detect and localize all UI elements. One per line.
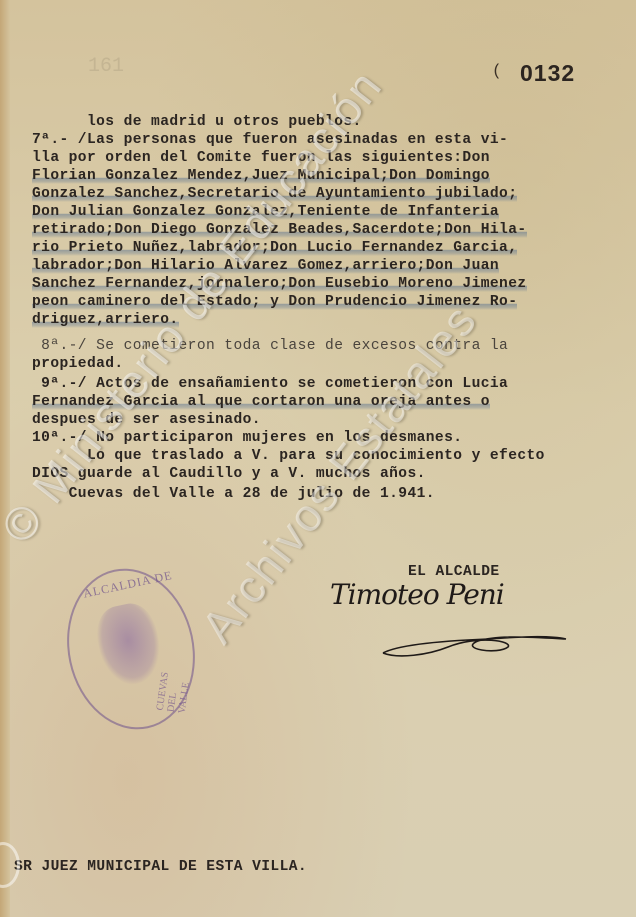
document-page: 161 ( 0132 los de madrid u otros pueblos… bbox=[0, 0, 636, 917]
document-line: Sanchez Fernandez,jornalero;Don Eusebio … bbox=[32, 275, 527, 293]
document-line: lla por orden del Comite fueron las sigu… bbox=[32, 149, 490, 167]
signature: Timoteo Peni bbox=[330, 578, 504, 611]
folio-number: 0132 bbox=[520, 60, 575, 87]
document-line: labrador;Don Hilario Alvarez Gomez,arrie… bbox=[32, 257, 499, 275]
faint-page-number: 161 bbox=[88, 55, 124, 78]
signature-rubric-icon bbox=[378, 625, 578, 665]
document-line: Cuevas del Valle a 28 de julio de 1.941. bbox=[32, 485, 435, 503]
eagle-emblem-icon bbox=[91, 599, 166, 690]
stamp-bottom-text: CUEVAS DEL VALLE bbox=[155, 658, 195, 714]
stamp-top-text: ALCALDIA DE bbox=[82, 568, 174, 602]
document-line: 7ª.- /Las personas que fueron asesinadas… bbox=[32, 131, 508, 149]
copyright-icon bbox=[0, 842, 20, 888]
official-stamp: ALCALDIA DE CUEVAS DEL VALLE bbox=[53, 557, 210, 742]
page-edge bbox=[0, 0, 10, 917]
addressee: SR JUEZ MUNICIPAL DE ESTA VILLA. bbox=[14, 858, 307, 876]
folio-mark: ( bbox=[492, 62, 502, 80]
